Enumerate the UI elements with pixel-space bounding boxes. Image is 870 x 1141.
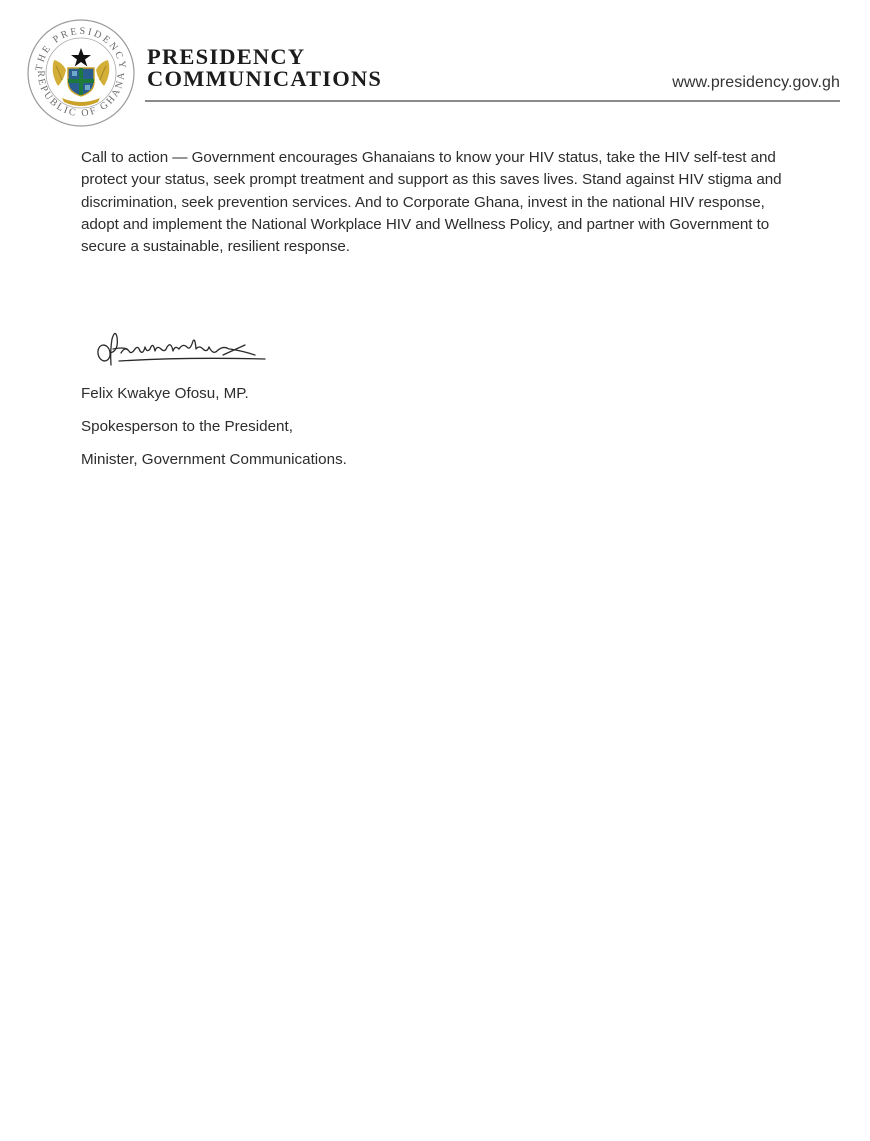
signatory-name: Felix Kwakye Ofosu, MP. <box>81 383 347 416</box>
organization-name: PRESIDENCY COMMUNICATIONS <box>147 46 382 90</box>
call-to-action-paragraph: Call to action — Government encourages G… <box>81 147 801 258</box>
header-divider <box>145 100 840 102</box>
signatory-title-minister: Minister, Government Communications. <box>81 449 347 482</box>
handwritten-signature-icon <box>95 327 270 369</box>
signatory-title-spokesperson: Spokesperson to the President, <box>81 416 347 449</box>
presidency-seal-icon: THE PRESIDENCY REPUBLIC OF GHANA <box>26 18 136 128</box>
website-link[interactable]: www.presidency.gov.gh <box>672 74 840 92</box>
org-name-line1: PRESIDENCY <box>147 46 382 68</box>
org-name-line2: COMMUNICATIONS <box>147 68 382 90</box>
signatory-block: Felix Kwakye Ofosu, MP. Spokesperson to … <box>81 383 347 482</box>
